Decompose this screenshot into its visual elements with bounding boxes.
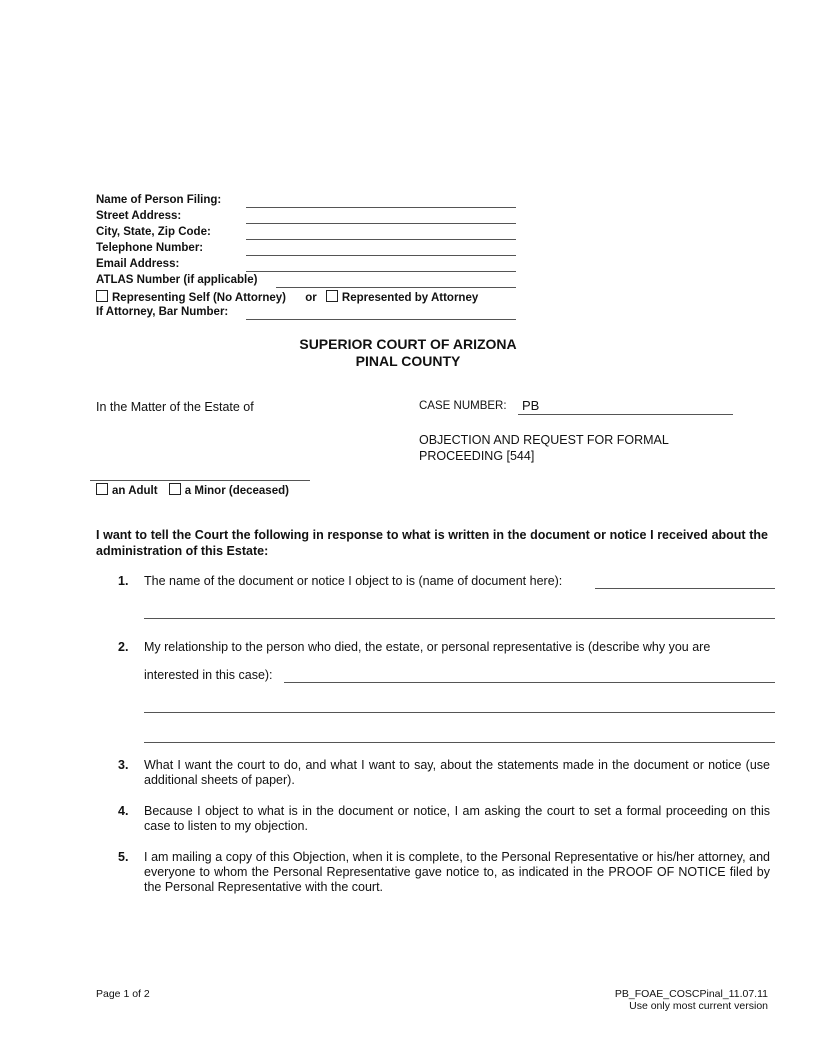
- item-2-field-line2[interactable]: [144, 712, 775, 713]
- decedent-name-field[interactable]: [90, 480, 310, 481]
- street-label: Street Address:: [96, 210, 181, 222]
- email-label: Email Address:: [96, 258, 179, 270]
- county-name: PINAL COUNTY: [0, 353, 816, 369]
- adult-label: an Adult: [112, 485, 158, 497]
- atlas-field[interactable]: [276, 287, 516, 288]
- document-title-line2: PROCEEDING [544]: [419, 449, 534, 463]
- form-id: PB_FOAE_COSCPinal_11.07.11: [615, 988, 768, 1000]
- case-number-value[interactable]: PB: [522, 398, 539, 413]
- atlas-label: ATLAS Number (if applicable): [96, 274, 257, 286]
- version-note: Use only most current version: [629, 1000, 768, 1012]
- name-label: Name of Person Filing:: [96, 194, 221, 206]
- bar-number-field[interactable]: [246, 319, 516, 320]
- item-1-number: 1.: [118, 574, 128, 588]
- page-number: Page 1 of 2: [96, 988, 150, 1000]
- item-3-text: What I want the court to do, and what I …: [144, 758, 770, 788]
- item-2-text-continued: interested in this case):: [144, 668, 273, 682]
- representation-row: Representing Self (No Attorney) or Repre…: [96, 290, 478, 304]
- item-2-number: 2.: [118, 640, 128, 654]
- case-number-field[interactable]: [518, 414, 733, 415]
- attorney-checkbox[interactable]: [326, 290, 338, 302]
- document-title-line1: OBJECTION AND REQUEST FOR FORMAL: [419, 433, 669, 447]
- item-2-field[interactable]: [284, 682, 775, 683]
- court-name: SUPERIOR COURT OF ARIZONA: [0, 336, 816, 352]
- self-representation-checkbox[interactable]: [96, 290, 108, 302]
- item-3-number: 3.: [118, 758, 128, 772]
- adult-checkbox[interactable]: [96, 483, 108, 495]
- street-field[interactable]: [246, 223, 516, 224]
- attorney-label: Represented by Attorney: [342, 292, 478, 304]
- city-label: City, State, Zip Code:: [96, 226, 211, 238]
- matter-of-label: In the Matter of the Estate of: [96, 400, 254, 414]
- phone-label: Telephone Number:: [96, 242, 203, 254]
- bar-number-label: If Attorney, Bar Number:: [96, 306, 228, 318]
- or-label: or: [305, 292, 317, 304]
- email-field[interactable]: [246, 271, 516, 272]
- case-number-label: CASE NUMBER:: [419, 400, 507, 412]
- intro-statement: I want to tell the Court the following i…: [96, 527, 768, 559]
- item-1-field[interactable]: [595, 588, 775, 589]
- item-2-field-line3[interactable]: [144, 742, 775, 743]
- item-4-text: Because I object to what is in the docum…: [144, 804, 770, 834]
- city-field[interactable]: [246, 239, 516, 240]
- self-representation-label: Representing Self (No Attorney): [112, 292, 286, 304]
- item-4-number: 4.: [118, 804, 128, 818]
- minor-checkbox[interactable]: [169, 483, 181, 495]
- age-status-row: an Adult a Minor (deceased): [96, 483, 289, 497]
- item-2-text: My relationship to the person who died, …: [144, 640, 710, 654]
- phone-field[interactable]: [246, 255, 516, 256]
- item-1-field-continued[interactable]: [144, 618, 775, 619]
- item-5-number: 5.: [118, 850, 128, 864]
- name-field[interactable]: [246, 207, 516, 208]
- item-1-text: The name of the document or notice I obj…: [144, 574, 562, 588]
- item-5-text: I am mailing a copy of this Objection, w…: [144, 850, 770, 895]
- minor-label: a Minor (deceased): [185, 485, 289, 497]
